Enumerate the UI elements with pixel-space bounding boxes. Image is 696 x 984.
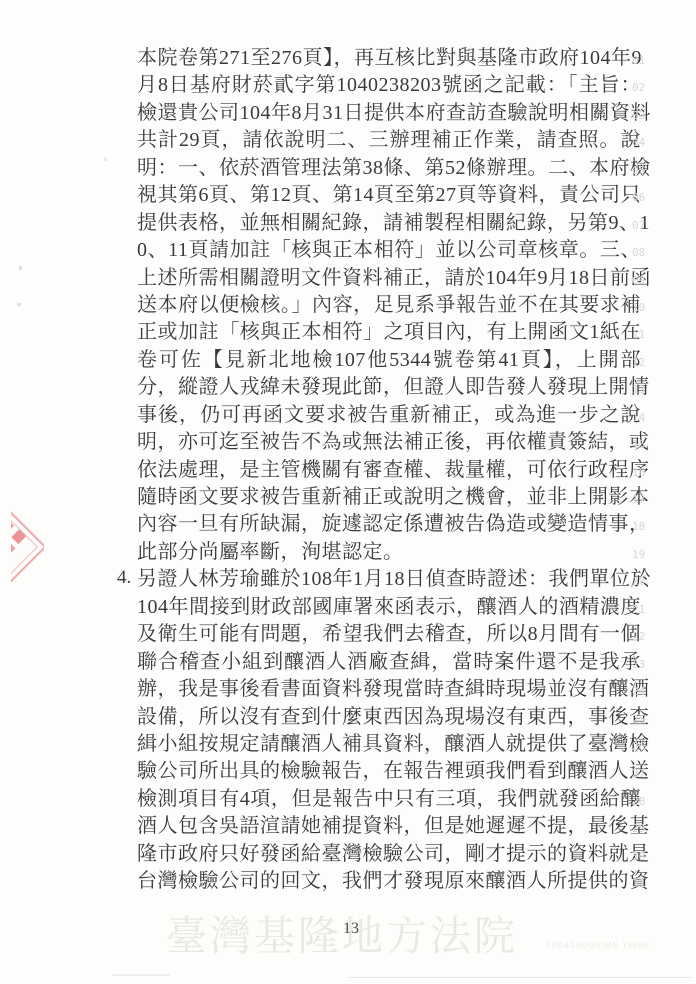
body-text: 本院卷第271至276頁】，再互核比對與基隆市政府104年9 月8日基府財菸貳字… bbox=[137, 45, 641, 896]
line-number: 02 bbox=[632, 74, 652, 101]
text-line: 明：一、依菸酒管理法第38條、第52條辦理。二、本府檢 bbox=[137, 155, 641, 182]
line-number: 17 bbox=[632, 486, 652, 513]
line-number: 03 bbox=[632, 102, 652, 129]
line-number: 14 bbox=[632, 404, 652, 431]
text-line: 隨時函文要求被告重新補正或說明之機會，並非上開影本 bbox=[137, 484, 641, 511]
text-line: 內容一旦有所缺漏，旋遽認定係遭被告偽造或變造情事， bbox=[137, 511, 641, 538]
text-line-paragraph-end: 此部分尚屬率斷，洵堪認定。 bbox=[137, 539, 641, 566]
line-number: 05 bbox=[632, 157, 652, 184]
scan-speck bbox=[19, 266, 22, 270]
line-number: 31 bbox=[632, 870, 652, 897]
page-number: 13 bbox=[334, 920, 368, 938]
text-line: 聯合稽查小組到釀酒人酒廠查緝，當時案件還不是我承 bbox=[137, 649, 641, 676]
text-line: 正或加註「核與正本相符」之項目內，有上開函文1紙在 bbox=[137, 319, 641, 346]
line-number: 16 bbox=[632, 459, 652, 486]
text-line: 明，亦可迄至被告不為或無法補正後，再依權責簽結，或 bbox=[137, 429, 641, 456]
scan-artifact-line bbox=[112, 974, 170, 976]
line-number: 10 bbox=[632, 294, 652, 321]
text-line: 分，縱證人戎緯未發現此節，但證人即告發人發現上開情 bbox=[137, 374, 641, 401]
line-number: 22 bbox=[632, 623, 652, 650]
text-line: 隆市政府只好發函給臺灣檢驗公司，剛才提示的資料就是 bbox=[137, 841, 641, 868]
text-line: 緝小組按規定請釀酒人補具資料，釀酒人就提供了臺灣檢 bbox=[137, 731, 641, 758]
text-line: 104年間接到財政部國庫署來函表示，釀酒人的酒精濃度 bbox=[137, 594, 641, 621]
text-line-list-item-4: 另證人林芳瑜雖於108年1月18日偵查時證述：我們單位於 bbox=[137, 566, 641, 593]
red-seal-stamp bbox=[11, 503, 44, 587]
line-number: 30 bbox=[632, 843, 652, 870]
line-number: 06 bbox=[632, 184, 652, 211]
text-line: 檢測項目有4項，但是報告中只有三項，我們就發函給釀 bbox=[137, 786, 641, 813]
line-number: 24 bbox=[632, 678, 652, 705]
line-number: 09 bbox=[632, 267, 652, 294]
text-line: 驗公司所出具的檢驗報告，在報告裡頭我們看到釀酒人送 bbox=[137, 758, 641, 785]
text-line: 檢還貴公司104年8月31日提供本府查訪查驗說明相關資料 bbox=[137, 100, 641, 127]
text-line: 台灣檢驗公司的回文，我們才發現原來釀酒人所提供的資 bbox=[137, 868, 641, 895]
line-number: 04 bbox=[632, 129, 652, 156]
seal-border bbox=[11, 507, 44, 586]
line-number: 11 bbox=[632, 321, 652, 348]
text-line: 及衛生可能有問題，希望我們去稽查，所以8月間有一個 bbox=[137, 621, 641, 648]
line-number: 25 bbox=[632, 706, 652, 733]
text-line: 月8日基府財菸貳字第1040238203號函之記載：「主旨： bbox=[137, 72, 641, 99]
line-number: 08 bbox=[632, 239, 652, 266]
text-line: 卷可佐【見新北地檢107他5344號卷第41頁】，上開部 bbox=[137, 347, 641, 374]
line-number: 21 bbox=[632, 596, 652, 623]
line-number: 07 bbox=[632, 212, 652, 239]
list-item-marker: 4. bbox=[117, 567, 131, 589]
text-line: 送本府以便檢核。」內容，足見系爭報告並不在其要求補 bbox=[137, 292, 641, 319]
text-line: 依法處理，是主管機關有審查權、裁量權，可依行政程序 bbox=[137, 457, 641, 484]
scanned-court-document-page: 本院卷第271至276頁】，再互核比對與基隆市政府104年9 月8日基府財菸貳字… bbox=[0, 0, 696, 984]
faint-stamp-code: 10641006mMS TW06 bbox=[545, 941, 650, 951]
line-number: 15 bbox=[632, 431, 652, 458]
text-line: 設備，所以沒有查到什麼東西因為現場沒有東西，事後查 bbox=[137, 704, 641, 731]
scan-artifact-line bbox=[349, 977, 691, 978]
line-number-column: 01 02 03 04 05 06 07 08 09 10 11 12 13 1… bbox=[632, 47, 652, 898]
scan-speck bbox=[17, 303, 21, 306]
line-number: 13 bbox=[632, 376, 652, 403]
line-number: 23 bbox=[632, 651, 652, 678]
line-number: 27 bbox=[632, 760, 652, 787]
text-line: 事後，仍可再函文要求被告重新補正，或為進一步之說 bbox=[137, 402, 641, 429]
text-line: 0、11頁請加註「核與正本相符」並以公司章核章。三、 bbox=[137, 237, 641, 264]
text-line: 上述所需相關證明文件資料補正，請於104年9月18日前函 bbox=[137, 265, 641, 292]
line-number: 18 bbox=[632, 513, 652, 540]
text-line: 本院卷第271至276頁】，再互核比對與基隆市政府104年9 bbox=[137, 45, 641, 72]
text-line: 酒人包含吳語渲請她補提資料，但是她遲遲不提，最後基 bbox=[137, 813, 641, 840]
line-number: 01 bbox=[632, 47, 652, 74]
line-number: 29 bbox=[632, 815, 652, 842]
line-number: 26 bbox=[632, 733, 652, 760]
line-number: 28 bbox=[632, 788, 652, 815]
line-number: 12 bbox=[632, 349, 652, 376]
scan-speck bbox=[104, 158, 107, 161]
text-line: 提供表格，並無相關紀錄，請補製程相關紀錄，另第9、1 bbox=[137, 210, 641, 237]
text-line: 視其第6頁、第12頁、第14頁至第27頁等資料，責公司只 bbox=[137, 182, 641, 209]
text-line: 共計29頁，請依說明二、三辦理補正作業，請查照。說 bbox=[137, 127, 641, 154]
text-line: 辦，我是事後看書面資料發現當時查緝時現場並沒有釀酒 bbox=[137, 676, 641, 703]
line-number: 19 bbox=[632, 541, 652, 568]
line-number: 20 bbox=[632, 568, 652, 595]
